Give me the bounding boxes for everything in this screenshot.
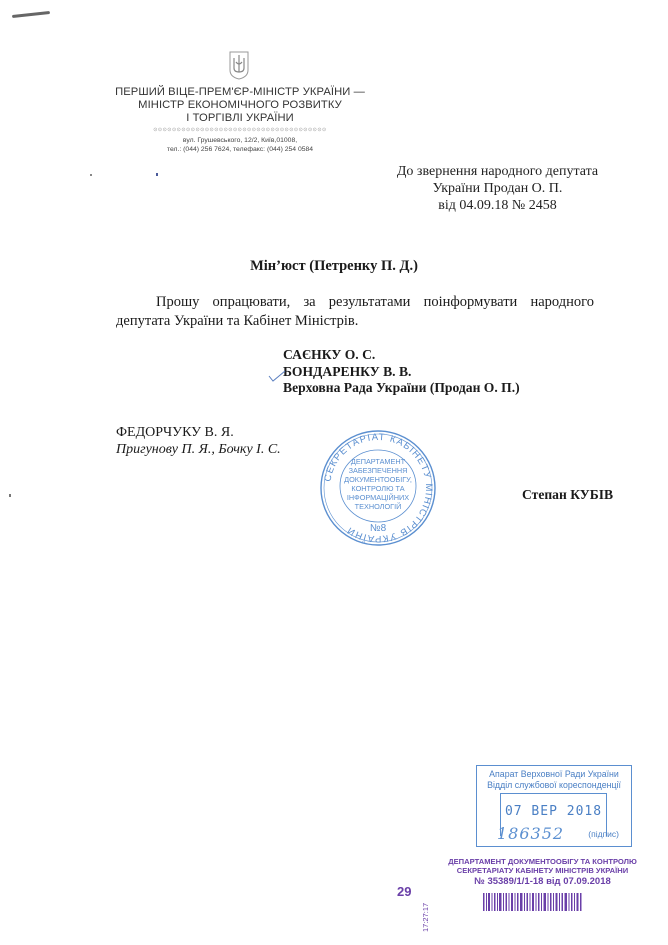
checkmark-icon — [268, 370, 286, 382]
svg-text:ІНФОРМАЦІЙНИХ: ІНФОРМАЦІЙНИХ — [347, 493, 409, 502]
svg-text:№8: №8 — [370, 523, 387, 534]
round-seal-stamp: СЕКРЕТАРІАТ КАБІНЕТУ МІНІСТРІВ УКРАЇНИ Д… — [318, 428, 438, 548]
svg-text:ТЕХНОЛОГІЙ: ТЕХНОЛОГІЙ — [355, 502, 402, 511]
recipients-list: САЄНКУ О. С. БОНДАРЕНКУ В. В. Верховна Р… — [283, 347, 520, 397]
registration-time: 17:27:17 — [421, 903, 430, 932]
letterhead-line: І ТОРГІВЛІ УКРАЇНИ — [100, 112, 380, 125]
cc-primary: ФЕДОРЧУКУ В. Я. — [116, 424, 281, 441]
recipient: САЄНКУ О. С. — [283, 347, 520, 364]
scan-speck — [9, 494, 11, 497]
body-line: депутата України та Кабінет Міністрів. — [116, 312, 594, 331]
letterhead-ornament: ⊙⊙⊙⊙⊙⊙⊙⊙⊙⊙⊙⊙⊙⊙⊙⊙⊙⊙⊙⊙⊙⊙⊙⊙⊙⊙⊙⊙⊙⊙⊙⊙⊙⊙⊙⊙⊙ — [100, 126, 380, 134]
svg-text:КОНТРОЛЮ ТА: КОНТРОЛЮ ТА — [351, 484, 404, 493]
svg-text:ЗАБЕЗПЕЧЕННЯ: ЗАБЕЗПЕЧЕННЯ — [349, 466, 408, 475]
letterhead-phones: тел.: (044) 256 7624, телефакс: (044) 25… — [100, 146, 380, 155]
stamp-sign-label: (підпис) — [588, 829, 619, 839]
reg-line: СЕКРЕТАРІАТУ КАБІНЕТУ МІНІСТРІВ УКРАЇНИ — [410, 867, 668, 876]
cc-block: ФЕДОРЧУКУ В. Я. Пригунову П. Я., Бочку І… — [116, 424, 281, 458]
recipient: Верховна Рада України (Продан О. П.) — [283, 380, 520, 397]
scan-speck — [156, 173, 158, 176]
addressee-block: До звернення народного депутата України … — [385, 163, 610, 214]
registration-stamp: ДЕПАРТАМЕНТ ДОКУМЕНТООБІГУ ТА КОНТРОЛЮ С… — [410, 858, 668, 887]
letterhead-line: МІНІСТР ЕКОНОМІЧНОГО РОЗВИТКУ — [100, 99, 380, 112]
letterhead-address: вул. Грушевського, 12/2, Київ,01008, — [100, 137, 380, 146]
resolution-body: Прошу опрацювати, за результатами поінфо… — [116, 293, 594, 331]
scan-speck — [90, 174, 92, 176]
scan-mark — [12, 11, 50, 18]
letterhead: ПЕРШИЙ ВІЦЕ-ПРЕМ'ЄР-МІНІСТР УКРАЇНИ — МІ… — [100, 86, 380, 154]
addressee-line: До звернення народного депутата — [385, 163, 610, 180]
svg-text:ДОКУМЕНТООБІГУ,: ДОКУМЕНТООБІГУ, — [344, 475, 412, 484]
body-line: Прошу опрацювати, за результатами поінфо… — [116, 293, 594, 312]
stamp-line: Апарат Верховної Ради України — [477, 769, 631, 780]
resolution-title: Мін’юст (Петренку П. Д.) — [0, 258, 668, 275]
letterhead-line: ПЕРШИЙ ВІЦЕ-ПРЕМ'ЄР-МІНІСТР УКРАЇНИ — — [100, 86, 380, 99]
addressee-line: від 04.09.18 № 2458 — [385, 197, 610, 214]
svg-text:ДЕПАРТАМЕНТ: ДЕПАРТАМЕНТ — [351, 457, 406, 466]
cc-secondary: Пригунову П. Я., Бочку І. С. — [116, 441, 281, 458]
trident-emblem-icon — [228, 50, 250, 80]
stamp-line: Відділ службової кореспонденції — [477, 780, 631, 791]
recipient: БОНДАРЕНКУ В. В. — [283, 364, 520, 381]
rada-incoming-stamp: Апарат Верховної Ради України Відділ слу… — [476, 765, 632, 847]
stamp-date: 07 ВЕР 2018 — [501, 804, 606, 819]
signature-name: Степан КУБІВ — [522, 487, 613, 503]
page-number: 29 — [397, 884, 411, 899]
addressee-line: України Продан О. П. — [385, 180, 610, 197]
reg-number: № 35389/1/1-18 від 07.09.2018 — [410, 876, 668, 887]
barcode — [483, 893, 583, 911]
handwritten-number: 186352 — [497, 824, 564, 843]
